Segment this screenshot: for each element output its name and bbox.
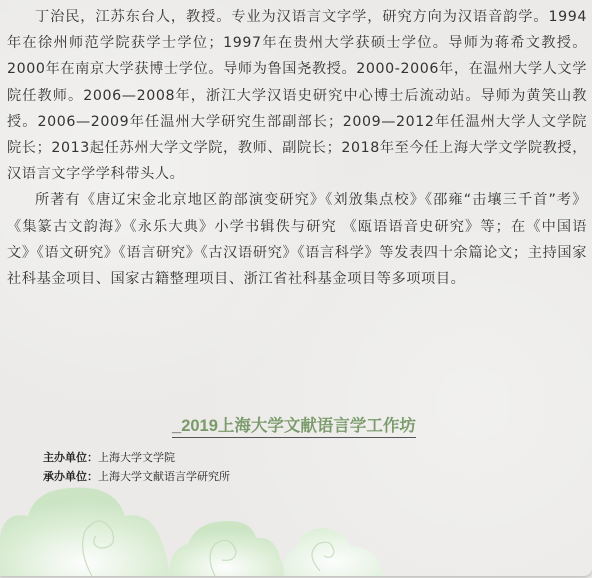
host-organizer-value: 上海大学文学院 bbox=[98, 452, 175, 464]
workshop-title: _2019上海大学文献语言学工作坊 bbox=[172, 412, 416, 438]
decorative-clouds-icon bbox=[0, 476, 420, 576]
biography-section: 丁治民，江苏东台人，教授。专业为汉语言文字学，研究方向为汉语音韵学。1994年在… bbox=[7, 4, 587, 292]
article-page: 丁治民，江苏东台人，教授。专业为汉语言文字学，研究方向为汉语音韵学。1994年在… bbox=[0, 0, 592, 576]
host-organizer: 主办单位：上海大学文学院 bbox=[43, 449, 175, 465]
biography-paragraph-2: 所著有《唐辽宋金北京地区韵部演变研究》《刘攽集点校》《邵雍“击壤三千首”考》《集… bbox=[7, 187, 587, 292]
workshop-title-text: 2019上海大学文献语言学工作坊 bbox=[181, 417, 416, 435]
host-organizer-label: 主办单位： bbox=[43, 452, 98, 464]
workshop-title-prefix: _ bbox=[172, 417, 181, 435]
biography-paragraph-1: 丁治民，江苏东台人，教授。专业为汉语言文字学，研究方向为汉语音韵学。1994年在… bbox=[7, 4, 587, 187]
